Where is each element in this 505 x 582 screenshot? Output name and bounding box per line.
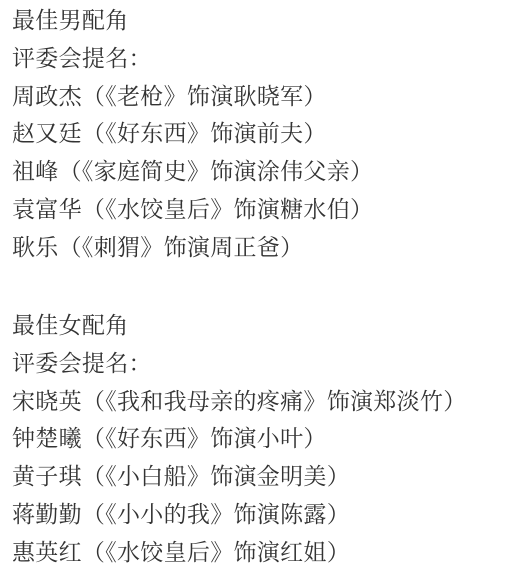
nominee-item: 宋晓英（《我和我母亲的疼痛》饰演郑淡竹） bbox=[12, 384, 467, 422]
document: 最佳男配角 评委会提名： 周政杰（《老枪》饰演耿晓军） 赵又廷（《好东西》饰演前… bbox=[0, 0, 505, 582]
nominee-item: 耿乐（《刺猬》饰演周正爸） bbox=[12, 230, 373, 268]
nominee-item: 惠英红（《水饺皇后》饰演红姐） bbox=[12, 535, 467, 573]
section-title: 最佳女配角 bbox=[12, 308, 467, 346]
section-subtitle: 评委会提名： bbox=[12, 41, 373, 79]
nominee-item: 祖峰（《家庭简史》饰演涂伟父亲） bbox=[12, 154, 373, 192]
nominee-item: 袁富华（《水饺皇后》饰演糖水伯） bbox=[12, 192, 373, 230]
section-subtitle: 评委会提名： bbox=[12, 346, 467, 384]
nominee-item: 黄子琪（《小白船》饰演金明美） bbox=[12, 459, 467, 497]
nominee-item: 蒋勤勤（《小小的我》饰演陈露） bbox=[12, 497, 467, 535]
best-supporting-actress-section: 最佳女配角 评委会提名： 宋晓英（《我和我母亲的疼痛》饰演郑淡竹） 钟楚曦（《好… bbox=[12, 308, 467, 573]
section-title: 最佳男配角 bbox=[12, 3, 373, 41]
nominee-item: 钟楚曦（《好东西》饰演小叶） bbox=[12, 421, 467, 459]
nominee-item: 周政杰（《老枪》饰演耿晓军） bbox=[12, 79, 373, 117]
best-supporting-actor-section: 最佳男配角 评委会提名： 周政杰（《老枪》饰演耿晓军） 赵又廷（《好东西》饰演前… bbox=[12, 3, 373, 268]
nominee-item: 赵又廷（《好东西》饰演前夫） bbox=[12, 116, 373, 154]
